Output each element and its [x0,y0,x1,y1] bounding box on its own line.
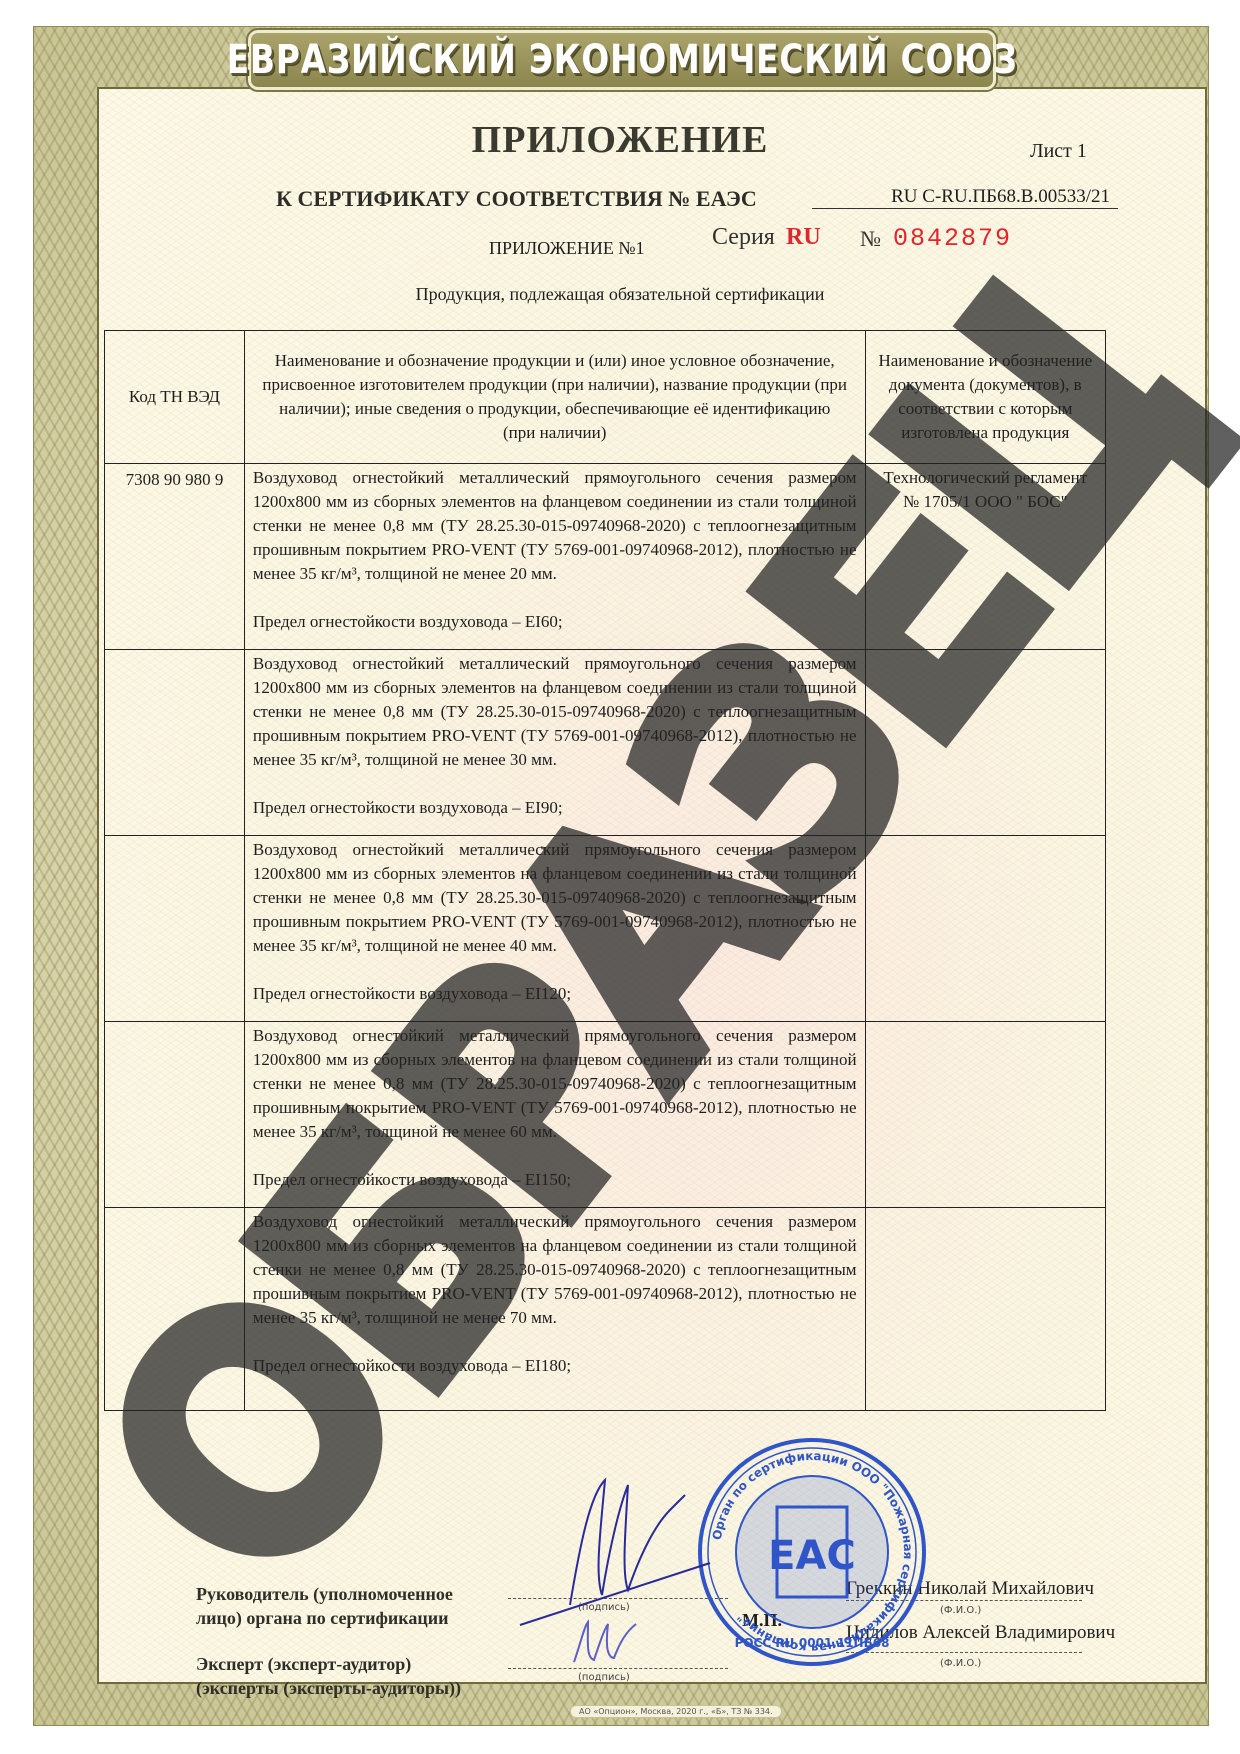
product-cell: Воздуховод огнестойкий металлический пря… [244,1208,865,1411]
certificate-label: К СЕРТИФИКАТУ СООТВЕТСТВИЯ № ЕАЭС [276,186,757,212]
expert-name-caption: (Ф.И.О.) [940,1658,981,1669]
tn-ved-code: 7308 90 980 9 [105,464,245,650]
product-description: Воздуховод огнестойкий металлический пря… [253,466,857,586]
table-row: Воздуховод огнестойкий металлический пря… [105,1208,1106,1411]
product-cell: Воздуховод огнестойкий металлический пря… [244,836,865,1022]
table-row: Воздуховод огнестойкий металлический пря… [105,1022,1106,1208]
appendix-number: ПРИЛОЖЕНИЕ №1 [489,238,645,259]
product-description: Воздуховод огнестойкий металлический пря… [253,652,857,772]
table-row: Воздуховод огнестойкий металлический пря… [105,650,1106,836]
table-row: Воздуховод огнестойкий металлический пря… [105,836,1106,1022]
head-name-caption: (Ф.И.О.) [940,1605,981,1616]
sheet-number: Лист 1 [1030,140,1087,163]
product-description: Воздуховод огнестойкий металлический пря… [253,838,857,958]
series-label: Серия [712,224,775,251]
product-cell: Воздуховод огнестойкий металлический пря… [244,464,865,650]
head-label: Руководитель (уполномоченное лицо) орган… [196,1582,453,1630]
column-header-document: Наименование и обозначение документа (до… [865,331,1105,464]
printer-imprint: АО «Опцион», Москва, 2020 г., «Б», ТЗ № … [570,1705,782,1718]
expert-label: Эксперт (эксперт-аудитор) (эксперты (экс… [196,1652,461,1700]
product-cell: Воздуховод огнестойкий металлический пря… [244,1022,865,1208]
product-description: Воздуховод огнестойкий металлический пря… [253,1210,857,1330]
number-sign: № [860,226,881,252]
eac-mark: EAC [768,1533,856,1579]
stamp-bottom-text: РОСС RU.0001.11ПБ68 [735,1636,890,1650]
union-banner: ЕВРАЗИЙСКИЙ ЭКОНОМИЧЕСКИЙ СОЮЗ [248,30,996,90]
table-row: 7308 90 980 9 Воздуховод огнестойкий мет… [105,464,1106,650]
product-description: Воздуховод огнестойкий металлический пря… [253,1024,857,1144]
subtitle: Продукция, подлежащая обязательной серти… [0,284,1240,305]
union-name: ЕВРАЗИЙСКИЙ ЭКОНОМИЧЕСКИЙ СОЮЗ [227,37,1018,83]
form-number: 0842879 [893,224,1012,253]
expert-signature-icon [566,1612,646,1672]
column-header-code: Код ТН ВЭД [105,331,245,464]
head-signature-icon [510,1455,740,1635]
fire-resistance-limit: Предел огнестойкости воздуховода – EI90; [253,796,857,820]
products-table: Код ТН ВЭД Наименование и обозначение пр… [104,330,1106,1411]
fire-resistance-limit: Предел огнестойкости воздуховода – EI180… [253,1354,857,1378]
fire-resistance-limit: Предел огнестойкости воздуховода – EI60; [253,610,857,634]
table-header-row: Код ТН ВЭД Наименование и обозначение пр… [105,331,1106,464]
product-cell: Воздуховод огнестойкий металлический пря… [244,650,865,836]
column-header-description: Наименование и обозначение продукции и (… [244,331,865,464]
series-value: RU [786,224,821,251]
fire-resistance-limit: Предел огнестойкости воздуховода – EI120… [253,982,857,1006]
fire-resistance-limit: Предел огнестойкости воздуховода – EI150… [253,1168,857,1192]
certificate-number: RU С-RU.ПБ68.В.00533/21 [812,186,1118,209]
regulation-document: Технологический регламент № 1705/1 ООО "… [865,464,1105,650]
expert-signature-caption: (подпись) [578,1672,630,1683]
